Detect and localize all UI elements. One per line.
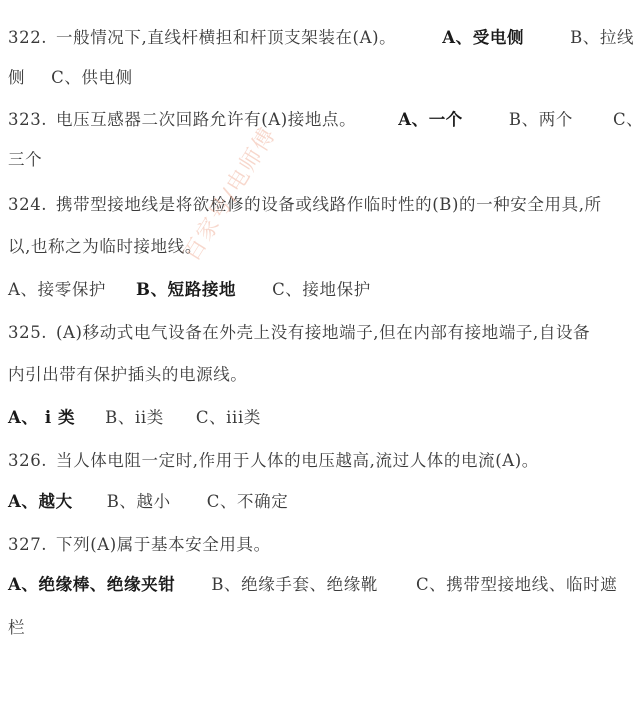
- question-326-options: A、越大B、越小C、不确定: [8, 490, 288, 514]
- question-323-line-1: 323.电压互感器二次回路允许有(A)接地点。A、一个B、两个C、: [8, 108, 640, 132]
- question-stem-continued: 内引出带有保护插头的电源线。: [8, 365, 247, 384]
- question-stem: 电压互感器二次回路允许有(A)接地点。: [56, 110, 356, 129]
- question-stem: 携带型接地线是将欲检修的设备或线路作临时性的(B)的一种安全用具,所: [56, 195, 602, 214]
- option-b: B、越小: [107, 490, 171, 514]
- question-327-line-1: 327.下列(A)属于基本安全用具。: [8, 533, 271, 557]
- option-b-continued: 侧: [8, 66, 25, 90]
- question-number: 325.: [8, 321, 56, 345]
- option-a-correct: A、一个: [398, 108, 463, 132]
- question-327-options: A、绝缘棒、绝缘夹钳B、绝缘手套、绝缘靴C、携带型接地线、临时遮: [8, 573, 617, 597]
- option-a-correct: A、受电侧: [442, 26, 524, 50]
- question-stem: (A)移动式电气设备在外壳上没有接地端子,但在内部有接地端子,自设备: [56, 323, 590, 342]
- option-b: B、ii类: [105, 406, 164, 430]
- question-number: 324.: [8, 193, 56, 217]
- question-324-line-2: 以,也称之为临时接地线。: [8, 235, 202, 259]
- question-325-line-2: 内引出带有保护插头的电源线。: [8, 363, 247, 387]
- question-number: 322.: [8, 26, 56, 50]
- option-a: A、接零保护: [8, 278, 106, 302]
- option-a-correct: A、越大: [8, 490, 73, 514]
- question-322-line-1: 322.一般情况下,直线杆横担和杆顶支架装在(A)。A、受电侧B、拉线: [8, 26, 634, 50]
- option-b: B、绝缘手套、绝缘靴: [211, 573, 378, 597]
- option-c: C、iii类: [196, 406, 261, 430]
- question-327-line-3: 栏: [8, 616, 25, 640]
- option-c-continued: 三个: [8, 148, 42, 172]
- question-stem: 下列(A)属于基本安全用具。: [56, 535, 271, 554]
- option-c: C、接地保护: [272, 278, 371, 302]
- option-c: C、携带型接地线、临时遮: [416, 573, 617, 597]
- question-326-line-1: 326.当人体电阻一定时,作用于人体的电压越高,流过人体的电流(A)。: [8, 449, 539, 473]
- option-b-correct: B、短路接地: [136, 278, 236, 302]
- question-322-line-2: 侧C、供电侧: [8, 66, 133, 90]
- question-stem: 一般情况下,直线杆横担和杆顶支架装在(A)。: [56, 28, 396, 47]
- option-a-correct: A、 i 类: [8, 406, 75, 430]
- question-stem: 当人体电阻一定时,作用于人体的电压越高,流过人体的电流(A)。: [56, 451, 539, 470]
- option-c: C、供电侧: [51, 66, 133, 90]
- question-number: 326.: [8, 449, 56, 473]
- option-c: C、: [613, 108, 640, 132]
- question-number: 323.: [8, 108, 56, 132]
- question-323-line-2: 三个: [8, 148, 42, 172]
- option-a-correct: A、绝缘棒、绝缘夹钳: [8, 573, 175, 597]
- option-b: B、两个: [509, 108, 573, 132]
- question-324-line-1: 324.携带型接地线是将欲检修的设备或线路作临时性的(B)的一种安全用具,所: [8, 193, 602, 217]
- option-c-continued: 栏: [8, 616, 25, 640]
- question-number: 327.: [8, 533, 56, 557]
- question-325-options: A、 i 类B、ii类C、iii类: [8, 406, 261, 430]
- question-stem-continued: 以,也称之为临时接地线。: [8, 237, 202, 256]
- option-c: C、不确定: [207, 490, 289, 514]
- question-324-options: A、接零保护B、短路接地C、接地保护: [8, 278, 371, 302]
- option-b: B、拉线: [570, 26, 634, 50]
- question-325-line-1: 325.(A)移动式电气设备在外壳上没有接地端子,但在内部有接地端子,自设备: [8, 321, 590, 345]
